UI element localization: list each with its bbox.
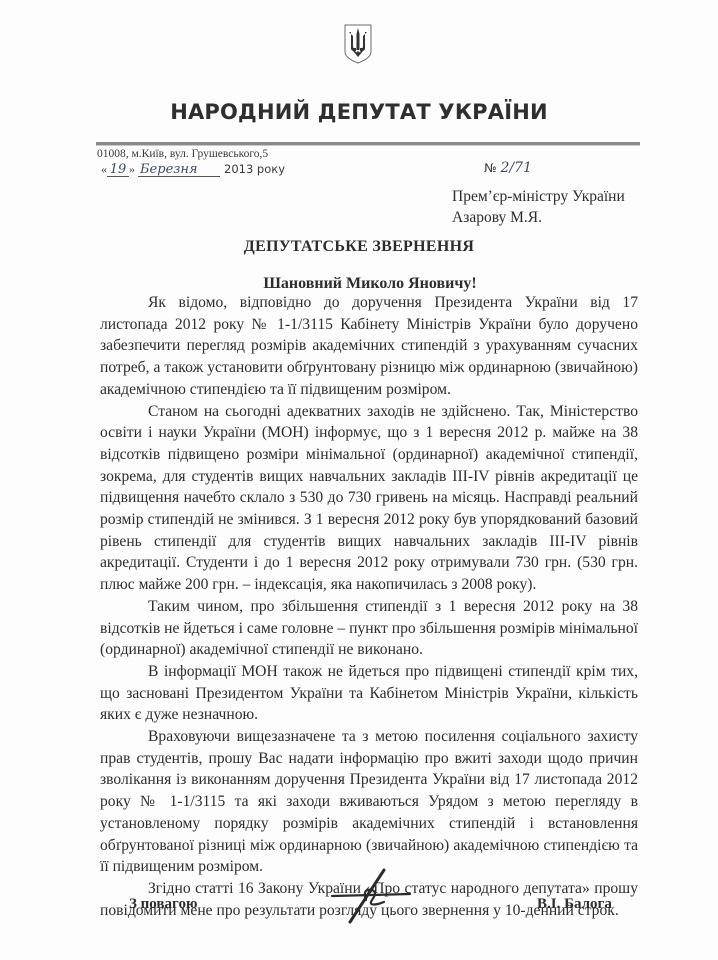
addressee-block: Прем’єр-міністру України Азарову М.Я.: [452, 186, 625, 228]
addressee-name: Азарову М.Я.: [452, 207, 625, 228]
letter-page: НАРОДНИЙ ДЕПУТАТ УКРАЇНИ 01008, м.Київ, …: [0, 0, 718, 960]
signer-name: В.І. Балога: [537, 896, 612, 913]
body-paragraph: Як відомо, відповідно до доручення Прези…: [100, 292, 638, 401]
body-paragraph: В інформації МОН також не йдеться про пі…: [100, 661, 638, 726]
date-close-quote: »: [129, 162, 135, 176]
closing-phrase: З повагою: [129, 896, 197, 913]
sender-address: 01008, м.Київ, вул. Грушевського,5: [97, 148, 268, 160]
date-day: 19: [107, 164, 129, 177]
salutation: Шановний Миколо Яновичу!: [0, 275, 718, 293]
body-paragraph: Враховуючи вищезазначене та з метою поси…: [100, 726, 638, 878]
org-title: НАРОДНИЙ ДЕПУТАТ УКРАЇНИ: [0, 100, 718, 124]
letter-body: Як відомо, відповідно до доручення Прези…: [100, 292, 638, 921]
addressee-position: Прем’єр-міністру України: [452, 186, 625, 207]
date-month: Березня: [138, 164, 220, 177]
number-label: №: [484, 161, 496, 175]
date-year: 2013 року: [224, 162, 285, 176]
document-type-title: ДЕПУТАТСЬКЕ ЗВЕРНЕННЯ: [0, 238, 718, 256]
document-number: №2/71: [484, 160, 532, 176]
body-paragraph: Таким чином, про збільшення стипендії з …: [100, 596, 638, 661]
handwritten-signature-icon: [322, 866, 422, 926]
coat-of-arms-trident-icon: [344, 24, 372, 64]
body-paragraph: Станом на сьогодні адекватних заходів не…: [100, 401, 638, 596]
header-divider: [96, 142, 640, 146]
letter-date: «19» Березня2013 року: [101, 162, 285, 177]
number-value: 2/71: [500, 160, 531, 176]
